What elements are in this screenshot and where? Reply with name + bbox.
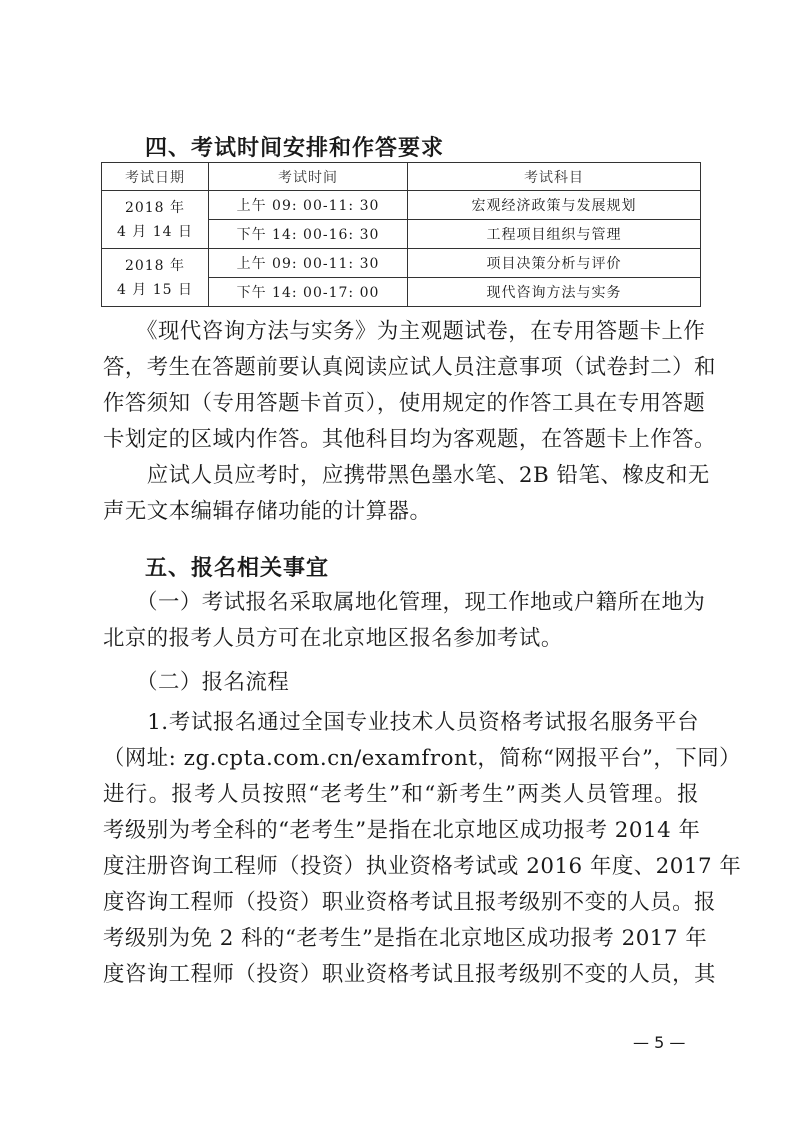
- exam-subject-cell: 项目决策分析与评价: [408, 249, 701, 278]
- text-line: 北京的报考人员方可在北京地区报名参加考试。: [103, 621, 699, 657]
- exam-subject-cell: 宏观经济政策与发展规划: [408, 191, 701, 220]
- text-line: 《现代咨询方法与实务》为主观题试卷，在专用答题卡上作: [103, 314, 699, 350]
- header-exam-subject: 考试科目: [408, 163, 701, 191]
- text-line: 度注册咨询工程师（投资）执业资格考试或 2016 年度、2017 年: [103, 849, 699, 885]
- date-year: 2018 年: [102, 254, 208, 278]
- date-year: 2018 年: [102, 196, 208, 220]
- text-line: 考级别为考全科的“老考生”是指在北京地区成功报考 2014 年: [103, 813, 699, 849]
- exam-time-cell: 上午 09: 00-11: 30: [209, 249, 408, 278]
- exam-time-cell: 上午 09: 00-11: 30: [209, 191, 408, 220]
- exam-schedule-table: 考试日期 考试时间 考试科目 2018 年 4 月 14 日 上午 09: 00…: [101, 162, 701, 307]
- table-row: 2018 年 4 月 15 日 上午 09: 00-11: 30 项目决策分析与…: [102, 249, 701, 278]
- text-line: 度咨询工程师（投资）职业资格考试且报考级别不变的人员。报: [103, 885, 699, 921]
- text-line: （网址: zg.cpta.com.cn/examfront，简称“网报平台”，下…: [103, 741, 699, 777]
- text-line: 声无文本编辑存储功能的计算器。: [103, 494, 699, 530]
- section-4-heading: 四、考试时间安排和作答要求: [145, 131, 444, 162]
- exam-date-cell: 2018 年 4 月 15 日: [102, 249, 209, 307]
- registration-locality-paragraph: （一）考试报名采取属地化管理，现工作地或户籍所在地为 北京的报考人员方可在北京地…: [103, 585, 699, 657]
- date-day: 4 月 15 日: [102, 278, 208, 302]
- text-line: 度咨询工程师（投资）职业资格考试且报考级别不变的人员，其: [103, 957, 699, 993]
- exam-time-cell: 下午 14: 00-17: 00: [209, 278, 408, 307]
- text-line: 进行。报考人员按照“老考生”和“新考生”两类人员管理。报: [103, 777, 699, 813]
- header-exam-date: 考试日期: [102, 163, 209, 191]
- text-line: 应试人员应考时，应携带黑色墨水笔、2B 铅笔、橡皮和无: [103, 458, 699, 494]
- exam-subject-cell: 工程项目组织与管理: [408, 220, 701, 249]
- registration-step-1-paragraph: 1.考试报名通过全国专业技术人员资格考试报名服务平台 （网址: zg.cpta.…: [103, 705, 699, 993]
- page-number: — 5 —: [633, 1033, 685, 1052]
- table-header-row: 考试日期 考试时间 考试科目: [102, 163, 701, 191]
- text-line: 作答须知（专用答题卡首页），使用规定的作答工具在专用答题: [103, 386, 699, 422]
- text-line: （一）考试报名采取属地化管理，现工作地或户籍所在地为: [103, 585, 699, 621]
- header-exam-time: 考试时间: [209, 163, 408, 191]
- text-line: 卡划定的区域内作答。其他科目均为客观题，在答题卡上作答。: [103, 422, 699, 458]
- text-line: （二）报名流程: [103, 665, 699, 701]
- registration-process-title: （二）报名流程: [103, 665, 699, 701]
- exam-time-cell: 下午 14: 00-16: 30: [209, 220, 408, 249]
- section-5-heading: 五、报名相关事宜: [145, 551, 329, 582]
- text-line: 考级别为免 2 科的“老考生”是指在北京地区成功报考 2017 年: [103, 921, 699, 957]
- text-line: 答，考生在答题前要认真阅读应试人员注意事项（试卷封二）和: [103, 350, 699, 386]
- exam-date-cell: 2018 年 4 月 14 日: [102, 191, 209, 249]
- text-line: 1.考试报名通过全国专业技术人员资格考试报名服务平台: [103, 705, 699, 741]
- exam-materials-paragraph: 应试人员应考时，应携带黑色墨水笔、2B 铅笔、橡皮和无 声无文本编辑存储功能的计…: [103, 458, 699, 530]
- answer-requirements-paragraph: 《现代咨询方法与实务》为主观题试卷，在专用答题卡上作 答，考生在答题前要认真阅读…: [103, 314, 699, 458]
- document-page: 四、考试时间安排和作答要求 考试日期 考试时间 考试科目 2018 年 4 月 …: [0, 0, 800, 1131]
- date-day: 4 月 14 日: [102, 220, 208, 244]
- table-row: 2018 年 4 月 14 日 上午 09: 00-11: 30 宏观经济政策与…: [102, 191, 701, 220]
- exam-subject-cell: 现代咨询方法与实务: [408, 278, 701, 307]
